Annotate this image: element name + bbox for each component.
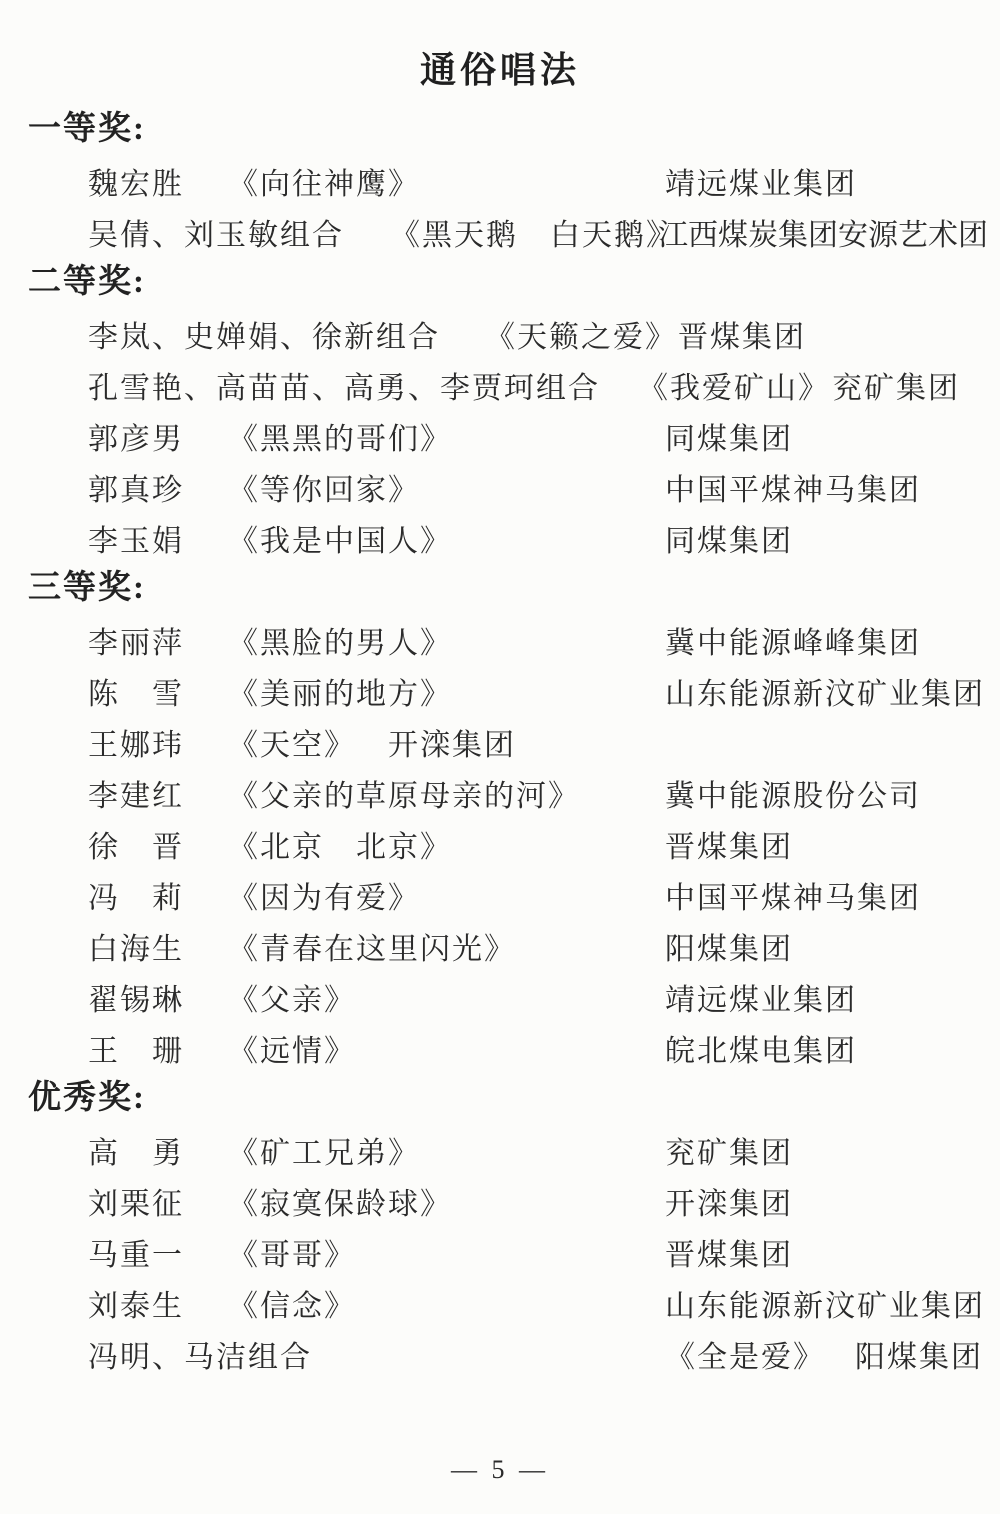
winner-name: 李玉娟 [88, 516, 184, 560]
winner-name: 陈 雪 [88, 669, 184, 713]
song-title: 《全是爱》 [665, 1332, 825, 1376]
song-title: 《父亲》 [228, 975, 356, 1019]
winner-name: 白海生 [88, 924, 184, 968]
song-title: 《因为有爱》 [228, 873, 420, 917]
song-title: 《美丽的地方》 [228, 669, 452, 713]
winner-name: 吴倩、刘玉敏组合 [88, 210, 344, 254]
award-row: 郭真珍《等你回家》中国平煤神马集团 [0, 461, 1000, 512]
winner-name: 翟锡琳 [88, 975, 184, 1019]
award-row: 李丽萍《黑脸的男人》冀中能源峰峰集团 [0, 614, 1000, 665]
award-tier-section: 二等奖:李岚、史婵娟、徐新组合《天籁之爱》晋煤集团孔雪艳、高苗苗、高勇、李贾珂组… [0, 257, 1000, 563]
organization: 晋煤集团 [665, 1230, 793, 1274]
awards-list: 一等奖:魏宏胜《向往神鹰》靖远煤业集团吴倩、刘玉敏组合《黑天鹅 白天鹅》江西煤炭… [0, 104, 1000, 1379]
award-row: 王 珊《远情》皖北煤电集团 [0, 1022, 1000, 1073]
winner-name: 马重一 [88, 1230, 184, 1274]
award-row: 郭彦男《黑黑的哥们》同煤集团 [0, 410, 1000, 461]
song-title: 《寂寞保龄球》 [228, 1179, 452, 1223]
organization: 江西煤炭集团安源艺术团 [658, 210, 988, 254]
award-tier-heading: 二等奖: [28, 257, 1000, 308]
organization: 山东能源新汶矿业集团 [665, 669, 985, 713]
winner-name: 魏宏胜 [88, 159, 184, 203]
award-row: 刘泰生《信念》山东能源新汶矿业集团 [0, 1277, 1000, 1328]
organization: 中国平煤神马集团 [665, 873, 921, 917]
page-number: — 5 — [0, 1455, 1000, 1485]
award-row: 高 勇《矿工兄弟》兖矿集团 [0, 1124, 1000, 1175]
winner-name: 刘栗征 [88, 1179, 184, 1223]
winner-name: 冯明、马洁组合 [88, 1332, 312, 1376]
award-tier-section: 一等奖:魏宏胜《向往神鹰》靖远煤业集团吴倩、刘玉敏组合《黑天鹅 白天鹅》江西煤炭… [0, 104, 1000, 257]
award-tier-heading: 三等奖: [28, 563, 1000, 614]
award-row: 魏宏胜《向往神鹰》靖远煤业集团 [0, 155, 1000, 206]
song-title: 《我爱矿山》 [638, 363, 830, 407]
organization: 靖远煤业集团 [665, 159, 857, 203]
organization: 阳煤集团 [665, 924, 793, 968]
song-title: 《黑天鹅 白天鹅》 [390, 210, 678, 254]
winner-name: 李丽萍 [88, 618, 184, 662]
winner-name: 王 珊 [88, 1026, 184, 1070]
organization: 中国平煤神马集团 [665, 465, 921, 509]
award-row: 冯 莉《因为有爱》中国平煤神马集团 [0, 869, 1000, 920]
award-row: 吴倩、刘玉敏组合《黑天鹅 白天鹅》江西煤炭集团安源艺术团 [0, 206, 1000, 257]
song-title: 《北京 北京》 [228, 822, 452, 866]
document-page: 通俗唱法 一等奖:魏宏胜《向往神鹰》靖远煤业集团吴倩、刘玉敏组合《黑天鹅 白天鹅… [0, 0, 1000, 1514]
song-title: 《青春在这里闪光》 [228, 924, 516, 968]
award-row: 翟锡琳《父亲》靖远煤业集团 [0, 971, 1000, 1022]
song-title: 《等你回家》 [228, 465, 420, 509]
organization: 阳煤集团 [855, 1332, 983, 1376]
winner-name: 徐 晋 [88, 822, 184, 866]
organization: 同煤集团 [665, 516, 793, 560]
organization: 开滦集团 [665, 1179, 793, 1223]
winner-name: 郭彦男 [88, 414, 184, 458]
page-title: 通俗唱法 [0, 0, 1000, 92]
song-title: 《天空》 [228, 720, 356, 764]
winner-name: 孔雪艳、高苗苗、高勇、李贾珂组合 [88, 363, 600, 407]
award-row: 李建红《父亲的草原母亲的河》冀中能源股份公司 [0, 767, 1000, 818]
award-row: 李玉娟《我是中国人》同煤集团 [0, 512, 1000, 563]
organization: 皖北煤电集团 [665, 1026, 857, 1070]
award-row: 马重一《哥哥》晋煤集团 [0, 1226, 1000, 1277]
award-tier-heading: 一等奖: [28, 104, 1000, 155]
song-title: 《向往神鹰》 [228, 159, 420, 203]
song-title: 《天籁之爱》 [485, 312, 677, 356]
winner-name: 李建红 [88, 771, 184, 815]
page-number-label: — 5 — [451, 1455, 549, 1484]
award-row: 孔雪艳、高苗苗、高勇、李贾珂组合《我爱矿山》兖矿集团 [0, 359, 1000, 410]
award-row: 李岚、史婵娟、徐新组合《天籁之爱》晋煤集团 [0, 308, 1000, 359]
award-row: 徐 晋《北京 北京》晋煤集团 [0, 818, 1000, 869]
winner-name: 李岚、史婵娟、徐新组合 [88, 312, 440, 356]
song-title: 《黑脸的男人》 [228, 618, 452, 662]
award-tier-heading: 优秀奖: [28, 1073, 1000, 1124]
winner-name: 郭真珍 [88, 465, 184, 509]
organization: 冀中能源股份公司 [665, 771, 921, 815]
winner-name: 高 勇 [88, 1128, 184, 1172]
winner-name: 冯 莉 [88, 873, 184, 917]
award-row: 冯明、马洁组合《全是爱》阳煤集团 [0, 1328, 1000, 1379]
award-row: 白海生《青春在这里闪光》阳煤集团 [0, 920, 1000, 971]
award-row: 刘栗征《寂寞保龄球》开滦集团 [0, 1175, 1000, 1226]
winner-name: 刘泰生 [88, 1281, 184, 1325]
organization: 同煤集团 [665, 414, 793, 458]
award-tier-section: 优秀奖:高 勇《矿工兄弟》兖矿集团刘栗征《寂寞保龄球》开滦集团马重一《哥哥》晋煤… [0, 1073, 1000, 1379]
organization: 晋煤集团 [678, 312, 806, 356]
song-title: 《父亲的草原母亲的河》 [228, 771, 580, 815]
award-row: 陈 雪《美丽的地方》山东能源新汶矿业集团 [0, 665, 1000, 716]
song-title: 《远情》 [228, 1026, 356, 1070]
song-title: 《哥哥》 [228, 1230, 356, 1274]
organization: 冀中能源峰峰集团 [665, 618, 921, 662]
organization: 兖矿集团 [665, 1128, 793, 1172]
organization: 靖远煤业集团 [665, 975, 857, 1019]
organization: 晋煤集团 [665, 822, 793, 866]
winner-name: 王娜玮 [88, 720, 184, 764]
award-tier-section: 三等奖:李丽萍《黑脸的男人》冀中能源峰峰集团陈 雪《美丽的地方》山东能源新汶矿业… [0, 563, 1000, 1073]
song-title: 《黑黑的哥们》 [228, 414, 452, 458]
award-row: 王娜玮《天空》开滦集团 [0, 716, 1000, 767]
song-title: 《我是中国人》 [228, 516, 452, 560]
organization: 兖矿集团 [832, 363, 960, 407]
organization: 开滦集团 [388, 720, 516, 764]
song-title: 《信念》 [228, 1281, 356, 1325]
song-title: 《矿工兄弟》 [228, 1128, 420, 1172]
organization: 山东能源新汶矿业集团 [665, 1281, 985, 1325]
